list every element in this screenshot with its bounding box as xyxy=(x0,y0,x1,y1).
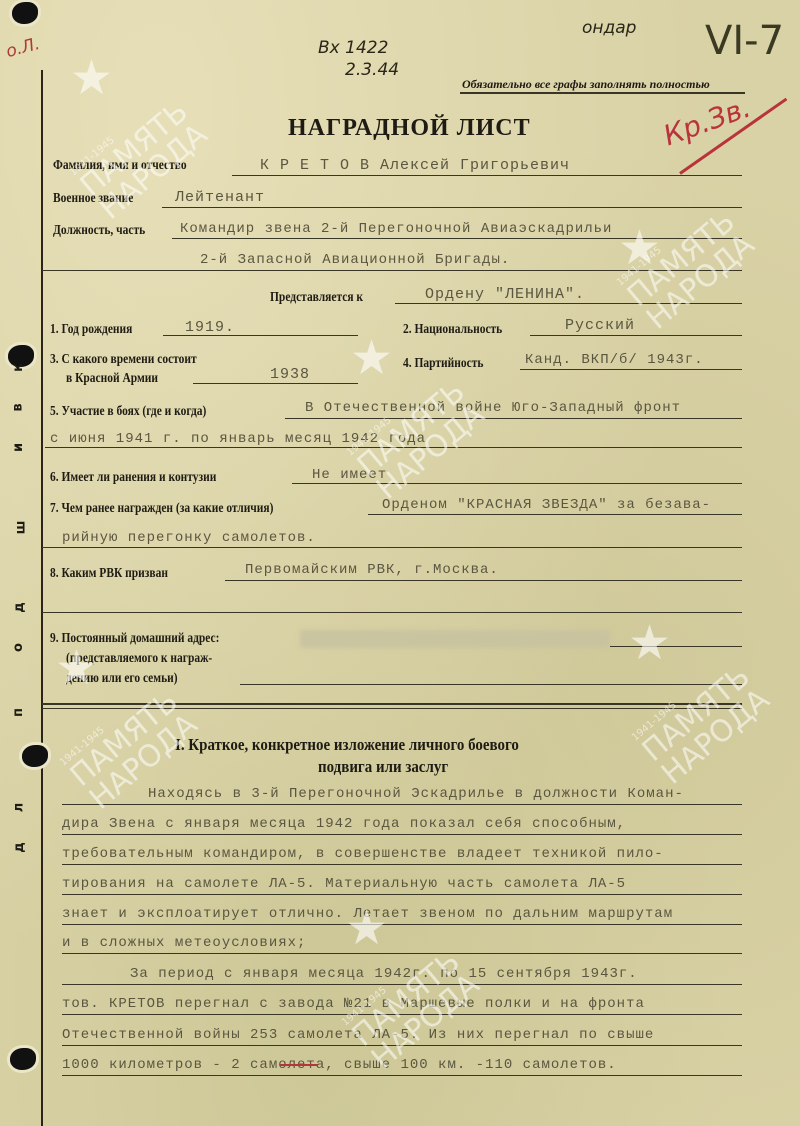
field-line xyxy=(610,646,742,647)
margin-letter: ш xyxy=(13,521,28,535)
narrative-line: Находясь в 3-й Перегоночной Эскадрилье в… xyxy=(148,786,684,802)
field-line xyxy=(62,1075,742,1076)
field-line xyxy=(520,369,742,370)
army-since-label-2: в Красной Армии xyxy=(66,371,158,387)
narrative-line: знает и эксплоатирует отлично. Летает зв… xyxy=(62,906,673,922)
punch-hole xyxy=(22,745,48,767)
nominated-value: Ордену "ЛЕНИНА". xyxy=(425,286,585,303)
nationality-label: 2. Национальность xyxy=(403,322,502,338)
field-line xyxy=(172,238,742,239)
field-line xyxy=(162,207,742,208)
section-rule xyxy=(42,703,742,705)
field-line xyxy=(292,483,742,484)
address-label-3: дению или его семьи) xyxy=(66,671,178,687)
margin-letter: л xyxy=(11,803,26,813)
section-rule xyxy=(42,708,742,709)
punch-hole xyxy=(10,1048,36,1070)
rvk-label: 8. Каким РВК призван xyxy=(50,566,168,582)
redacted-address xyxy=(300,630,610,648)
field-line xyxy=(62,1045,742,1046)
field-line xyxy=(62,984,742,985)
margin-letter: п xyxy=(11,708,26,717)
awards-label: 7. Чем ранее награжден (за какие отличия… xyxy=(50,501,273,517)
field-line xyxy=(62,834,742,835)
field-line xyxy=(163,335,358,336)
army-since-value: 1938 xyxy=(270,366,310,383)
margin-rule xyxy=(41,70,43,1126)
watermark-star-icon: ★ xyxy=(618,220,661,276)
field-line xyxy=(62,894,742,895)
position-value-2: 2-й Запасной Авиационной Бригады. xyxy=(200,252,510,268)
name-label: Фамилия, имя и отчество xyxy=(53,158,187,174)
narrative-line: 1000 километров - 2 самолета, свыше 100 … xyxy=(62,1057,617,1073)
narrative-line: тирования на самолете ЛА-5. Материальную… xyxy=(62,876,626,892)
name-value: К Р Е Т О В Алексей Григорьевич xyxy=(260,157,570,174)
narrative-line: и в сложных метеоусловиях; xyxy=(62,935,306,951)
wounds-label: 6. Имеет ли ранения и контузии xyxy=(50,470,216,486)
wounds-value: Не имеет xyxy=(312,467,387,483)
watermark-star-icon: ★ xyxy=(350,330,393,386)
field-line xyxy=(45,447,742,448)
field-line xyxy=(240,684,742,685)
battles-value: В Отечественной войне Юго-Западный фронт xyxy=(305,400,681,416)
field-line xyxy=(42,612,742,613)
rank-value: Лейтенант xyxy=(175,189,265,206)
army-since-label: 3. С какого времени состоит xyxy=(50,352,197,368)
watermark-star-icon: ★ xyxy=(70,50,113,106)
section-title: I. Краткое, конкретное изложение личного… xyxy=(175,735,519,755)
instruction-underline xyxy=(460,92,745,94)
field-line xyxy=(62,1014,742,1015)
watermark: 1941-1945ПАМЯТЬНАРОДА xyxy=(630,652,775,790)
handwritten-note: ондар xyxy=(582,18,636,38)
position-label: Должность, часть xyxy=(53,223,145,239)
field-line xyxy=(225,580,742,581)
rank-label: Военное звание xyxy=(53,191,133,207)
watermark: 1941-1945ПАМЯТЬНАРОДА xyxy=(615,197,760,335)
nominated-label: Представляется к xyxy=(270,290,363,306)
field-line xyxy=(193,383,358,384)
address-label: 9. Постоянный домашний адрес: xyxy=(50,631,219,647)
document-title: НАГРАДНОЙ ЛИСТ xyxy=(288,115,531,142)
field-line xyxy=(42,547,742,548)
handwritten-code: VI-7 xyxy=(705,18,784,64)
birth-year-label: 1. Год рождения xyxy=(50,322,132,338)
awards-value-2: рийную перегонку самолетов. xyxy=(62,530,316,546)
corner-mark: о.Л. xyxy=(4,34,42,62)
address-label-2: (представляемого к награж- xyxy=(66,651,212,667)
margin-letter: в xyxy=(11,403,26,411)
margin-letter: к xyxy=(11,363,26,372)
position-value-1: Командир звена 2-й Перегоночной Авиаэска… xyxy=(180,221,612,237)
field-line xyxy=(42,270,742,271)
watermark-star-icon: ★ xyxy=(628,615,671,671)
field-line xyxy=(285,418,742,419)
narrative-line: тов. КРЕТОВ перегнал с завода №21 в Марш… xyxy=(62,996,645,1012)
field-line xyxy=(62,864,742,865)
battles-label: 5. Участие в боях (где и когда) xyxy=(50,404,206,420)
field-line xyxy=(530,335,742,336)
awards-value: Орденом "КРАСНАЯ ЗВЕЗДА" за безава- xyxy=(382,497,711,513)
margin-letter: д xyxy=(12,602,27,613)
field-line xyxy=(62,953,742,954)
narrative-line: дира Звена с января месяца 1942 года пок… xyxy=(62,816,626,832)
party-value: Канд. ВКП/б/ 1943г. xyxy=(525,352,704,368)
margin-letter: д xyxy=(12,842,27,853)
narrative-line: требовательным командиром, в совершенств… xyxy=(62,846,664,862)
watermark-star-icon: ★ xyxy=(55,640,98,696)
narrative-line: Отечественной войны 253 самолета ЛА-5. И… xyxy=(62,1027,654,1043)
incoming-number: Вх 1422 xyxy=(318,38,388,58)
narrative-line: За период с января месяца 1942г. по 15 с… xyxy=(130,966,638,982)
red-pencil-note: Кр.Зв. xyxy=(659,91,755,153)
field-line xyxy=(395,303,742,304)
birth-year-value: 1919. xyxy=(185,319,235,336)
red-underline xyxy=(280,1064,318,1066)
field-line xyxy=(232,175,742,176)
punch-hole xyxy=(12,2,38,24)
battles-value-2: с июня 1941 г. по январь месяц 1942 года xyxy=(50,431,426,447)
party-label: 4. Партийность xyxy=(403,356,483,372)
section-subtitle: подвига или заслуг xyxy=(318,757,448,777)
incoming-date: 2.3.44 xyxy=(345,60,399,80)
field-line xyxy=(368,514,742,515)
margin-letter: и xyxy=(11,443,26,452)
instruction-text: Обязательно все графы заполнять полность… xyxy=(462,77,710,92)
margin-letter: о xyxy=(11,643,26,652)
rvk-value: Первомайским РВК, г.Москва. xyxy=(245,562,499,578)
field-line xyxy=(62,924,742,925)
field-line xyxy=(62,804,742,805)
nationality-value: Русский xyxy=(565,317,635,334)
